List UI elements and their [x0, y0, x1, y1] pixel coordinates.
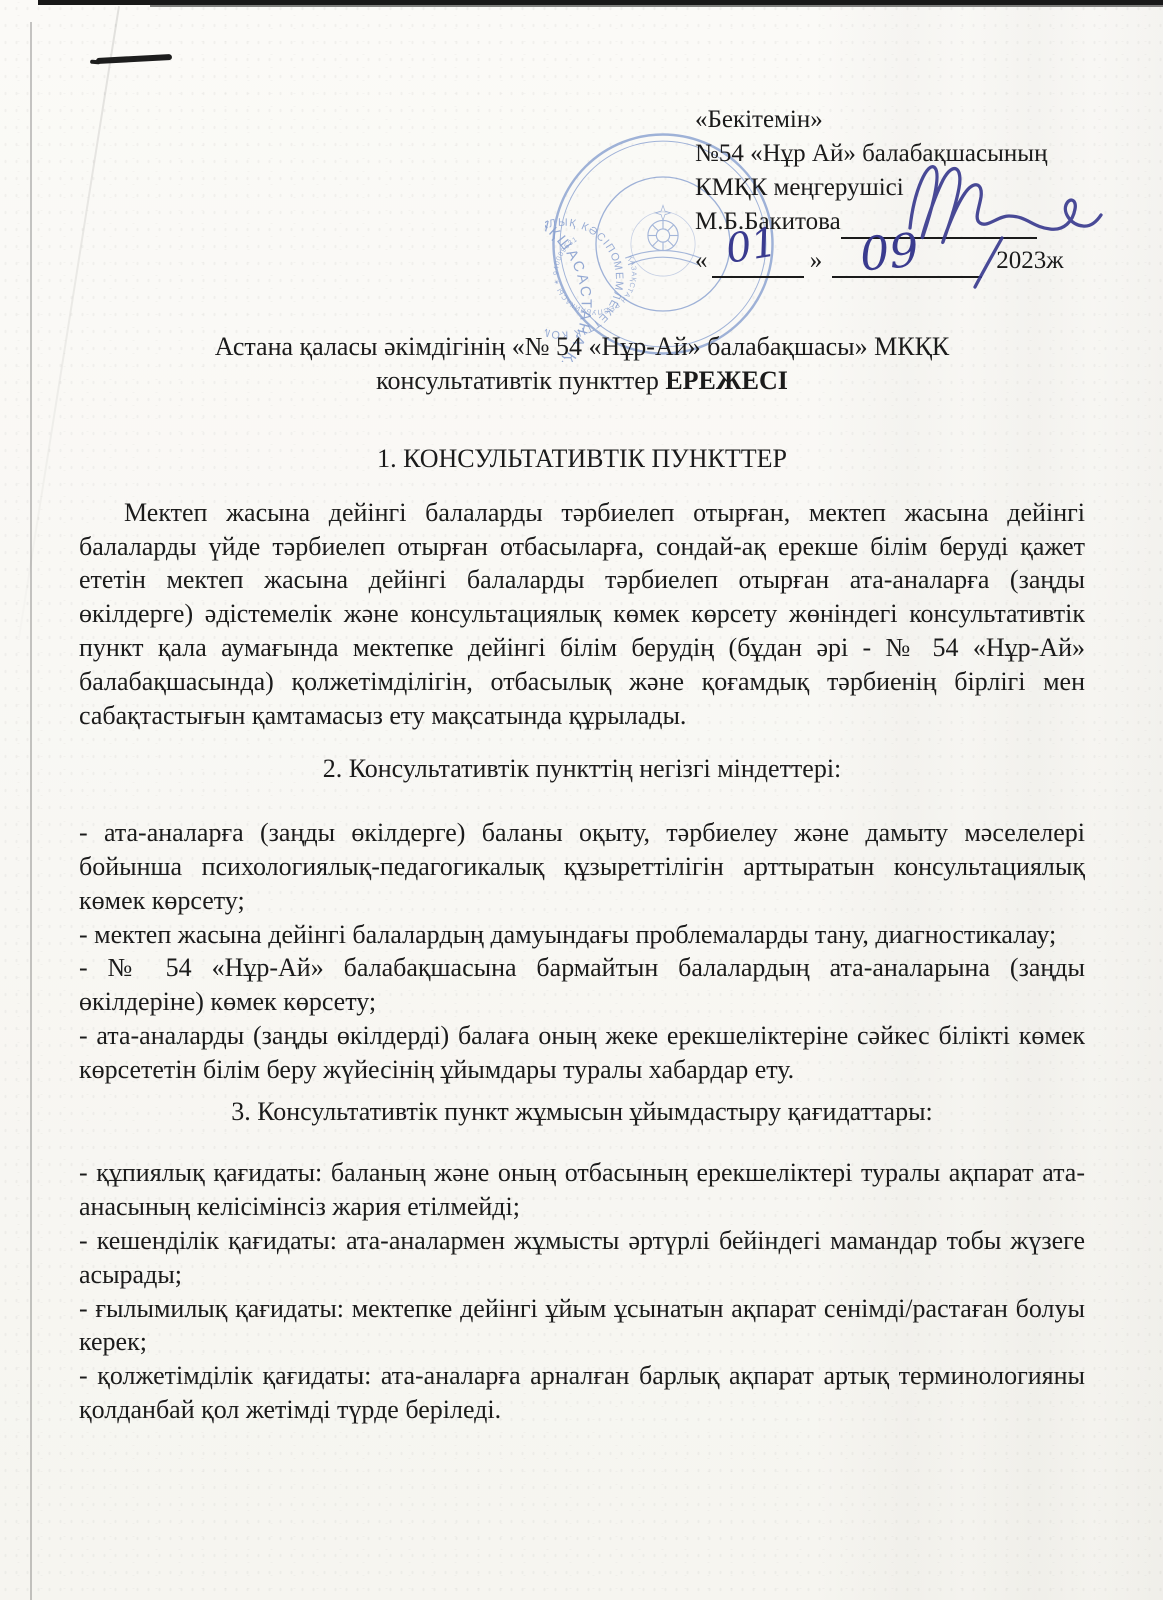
section3-heading: 3. Консультативтік пункт жұмысын ұйымдас…	[79, 1095, 1085, 1129]
section2-heading: 2. Консультативтік пункттің негізгі мінд…	[79, 752, 1085, 786]
quote-open: «	[695, 247, 708, 274]
pen-stroke-mark	[96, 54, 172, 64]
principles-item: - ғылымилық қағидаты: мектепке дейінгі ұ…	[79, 1292, 1085, 1360]
principles-item: - кешенділік қағидаты: ата-аналармен жұм…	[79, 1224, 1085, 1292]
scan-top-edge-shadow	[150, 5, 1163, 7]
section1-heading: 1. КОНСУЛЬТАТИВТІК ПУНКТТЕР	[79, 442, 1085, 476]
title-line1: Астана қаласы әкімдігінің «№ 54 «Нұр-Ай»…	[215, 332, 950, 361]
approval-word: «Бекітемін»	[695, 103, 1125, 137]
tasks-item: - ата-аналарды (заңды өкілдерді) балаға …	[79, 1019, 1085, 1087]
document-title: Астана қаласы әкімдігінің «№ 54 «Нұр-Ай»…	[79, 330, 1085, 398]
title-line2: консультативтік пункттер	[376, 366, 659, 395]
tasks-item: - ата-аналарға (заңды өкілдерге) баланы …	[79, 816, 1085, 917]
seal-emblem	[625, 205, 701, 264]
quote-close: »	[810, 247, 823, 274]
section1-paragraph: Мектеп жасына дейінгі балаларды тәрбиеле…	[79, 496, 1085, 733]
document-body: Астана қаласы әкімдігінің «№ 54 «Нұр-Ай»…	[79, 330, 1085, 1427]
title-line2-bold: ЕРЕЖЕСІ	[665, 366, 788, 395]
principles-item: - қолжетімділік қағидаты: ата-аналарға а…	[79, 1359, 1085, 1427]
handwritten-day: 01	[723, 225, 779, 267]
tasks-item: - мектеп жасына дейінгі балалардың дамуы…	[79, 918, 1085, 952]
date-day-line: 01	[712, 251, 804, 278]
signature-ink	[880, 148, 1110, 308]
principles-item: - құпиялық қағидаты: баланың және оның о…	[79, 1156, 1085, 1224]
scanned-document-page: АСТАНА ҚАЛАСЫ ӘКІМДІГІНІҢ ✶ «№54 «НҰР АЙ…	[0, 0, 1163, 1600]
tasks-item: - № 54 «Нұр-Ай» балабақшасына бармайтын …	[79, 951, 1085, 1019]
scan-left-edge	[30, 22, 32, 1600]
